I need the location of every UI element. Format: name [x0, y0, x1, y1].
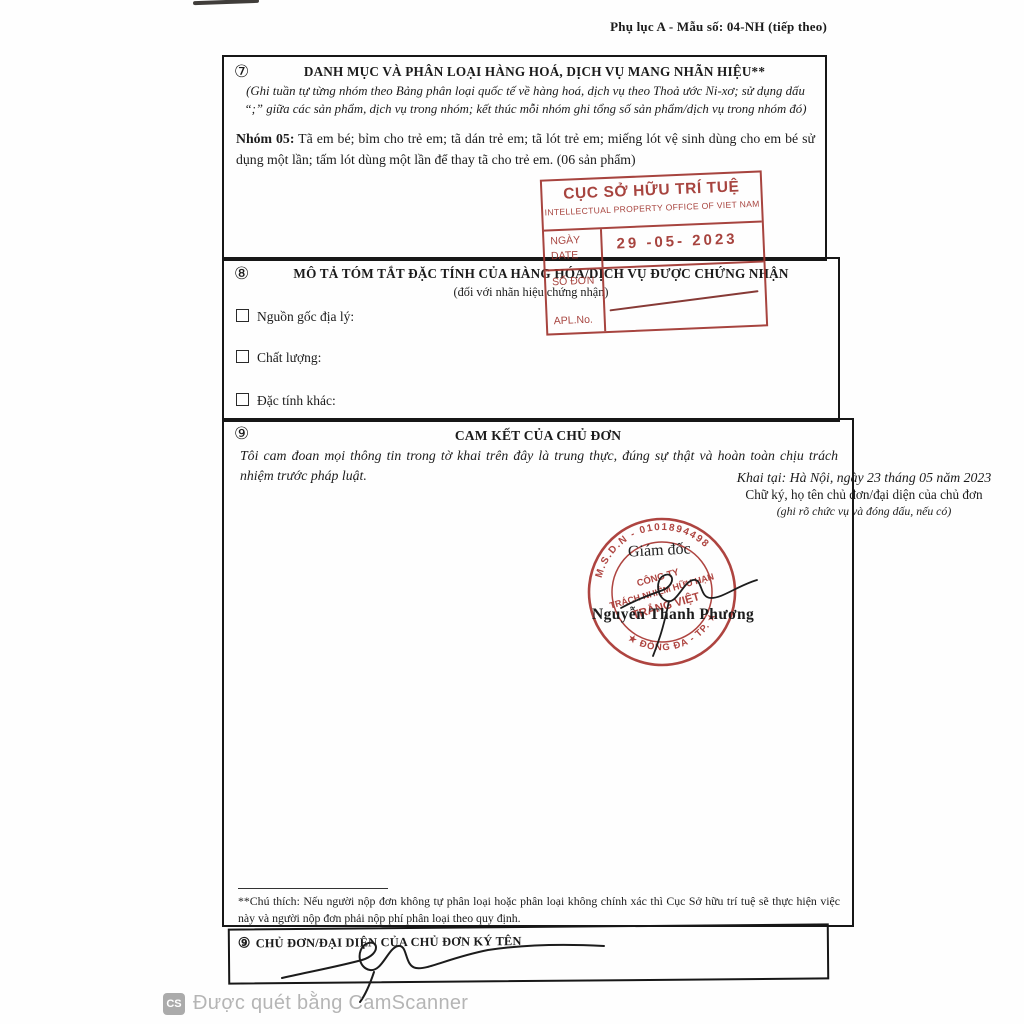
stamp-date-label-en: DATE	[551, 247, 602, 264]
checkbox-icon	[236, 350, 249, 363]
checkbox-row-quality: Chất lượng:	[236, 350, 321, 366]
checkbox-icon	[236, 309, 249, 322]
stamp-apl-label-vi: SỐ ĐƠN	[552, 273, 603, 290]
section-7-title: DANH MỤC VÀ PHÂN LOẠI HÀNG HOÁ, DỊCH VỤ …	[254, 64, 815, 80]
stamp-date-value: 29 -05- 2023	[616, 230, 738, 252]
signing-block: Khai tại: Hà Nội, ngày 23 tháng 05 năm 2…	[669, 470, 1024, 519]
sign-note: (ghi rõ chức vụ và đóng dấu, nếu có)	[669, 504, 1024, 519]
stamp-apl-row: SỐ ĐƠN APL.No.	[546, 262, 766, 333]
stamp-handwritten-line	[610, 290, 759, 311]
checkbox-label: Chất lượng:	[257, 350, 321, 365]
stamp-date-label: NGÀY DATE	[544, 229, 604, 269]
stamp-apl-label-en: APL.No.	[553, 312, 593, 329]
camscanner-icon: CS	[163, 993, 185, 1015]
ip-office-stamp-grid: NGÀY DATE 29 -05- 2023 SỐ ĐƠN APL.No.	[544, 220, 766, 333]
checkbox-row-other-characteristics: Đặc tính khác:	[236, 393, 336, 409]
sign-instruction: Chữ ký, họ tên chủ đơn/đại diện của chủ …	[669, 487, 1024, 503]
camscanner-text: Được quét bằng CamScanner	[193, 992, 468, 1015]
checkbox-icon	[236, 393, 249, 406]
section-7-note: (Ghi tuần tự từng nhóm theo Bảng phân lo…	[238, 83, 813, 119]
section-8-number: ⑧	[234, 265, 249, 282]
form-reference: Phụ lục A - Mẫu số: 04-NH (tiếp theo)	[610, 19, 827, 35]
section-9-title: CAM KẾT CỦA CHỦ ĐƠN	[224, 428, 852, 444]
footnote-rule	[238, 888, 388, 889]
signature-box-number: ⑨	[238, 936, 251, 951]
place-and-date: Khai tại: Hà Nội, ngày 23 tháng 05 năm 2…	[669, 470, 1024, 486]
ip-office-stamp: CỤC SỞ HỮU TRÍ TUỆ INTELLECTUAL PROPERTY…	[540, 170, 768, 335]
checkbox-label: Đặc tính khác:	[257, 393, 336, 408]
footnote-text: **Chú thích: Nếu người nộp đơn không tự …	[238, 893, 840, 926]
checkbox-label: Nguồn gốc địa lý:	[257, 309, 354, 324]
section-7-number: ⑦	[234, 63, 249, 80]
section-9-box: ⑨ CAM KẾT CỦA CHỦ ĐƠN Tôi cam đoan mọi t…	[222, 418, 854, 927]
director-signature-scribble	[619, 568, 759, 663]
signer-title: Giám đốc	[628, 540, 692, 561]
stamp-apl-label: SỐ ĐƠN APL.No.	[546, 269, 607, 333]
goods-group-text: Tã em bé; bỉm cho trẻ em; tã dán trẻ em;…	[236, 131, 815, 167]
scan-artifact-smudge	[193, 0, 259, 5]
camscanner-watermark: CS Được quét bằng CamScanner	[163, 992, 468, 1015]
scanned-document-page: Phụ lục A - Mẫu số: 04-NH (tiếp theo) ⑦ …	[0, 0, 1024, 1024]
goods-group-label: Nhóm 05:	[236, 131, 294, 146]
checkbox-row-geographic-origin: Nguồn gốc địa lý:	[236, 309, 354, 325]
goods-group-paragraph: Nhóm 05: Tã em bé; bỉm cho trẻ em; tã dá…	[236, 129, 815, 170]
